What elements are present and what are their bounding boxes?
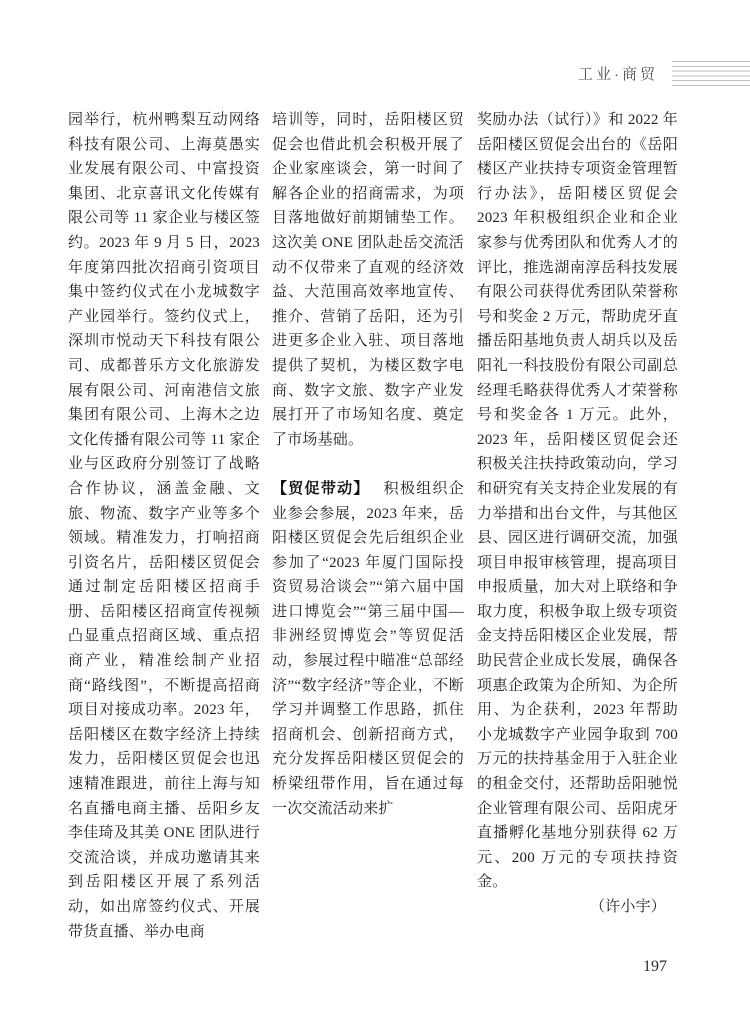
document-page: 工业·商贸 园举行，杭州鸭梨互动网络科技有限公司、上海莫愚实业发展有限公司、中富… bbox=[0, 0, 750, 1024]
text-column-3: 奖励办法（试行）》和 2022 年岳阳楼区贸促会出台的《岳阳楼区产业扶持专项资金… bbox=[477, 108, 678, 920]
running-head: 工业·商贸 bbox=[578, 61, 750, 86]
page-number: 197 bbox=[635, 958, 675, 976]
text-column-1: 园举行，杭州鸭梨互动网络科技有限公司、上海莫愚实业发展有限公司、中富投资集团、北… bbox=[68, 108, 260, 944]
entry-text: 积极组织企业参会参展，2023 年来，岳阳楼区贸促会先后组织企业参加了“2023… bbox=[272, 481, 464, 817]
section-title: 工业·商贸 bbox=[578, 63, 658, 84]
entry-paragraph: 【贸促带动】积极组织企业参会参展，2023 年来，岳阳楼区贸促会先后组织企业参加… bbox=[272, 477, 464, 821]
paragraph-continuation: 奖励办法（试行）》和 2022 年岳阳楼区贸促会出台的《岳阳楼区产业扶持专项资金… bbox=[477, 108, 678, 895]
paragraph-continuation: 培训等，同时，岳阳楼区贸促会也借此机会积极开展了企业家座谈会，第一时间了解各企业… bbox=[272, 108, 464, 452]
author-byline: （许小宇） bbox=[477, 895, 678, 920]
paragraph-continuation: 园举行，杭州鸭梨互动网络科技有限公司、上海莫愚实业发展有限公司、中富投资集团、北… bbox=[68, 108, 260, 944]
text-column-2: 培训等，同时，岳阳楼区贸促会也借此机会积极开展了企业家座谈会，第一时间了解各企业… bbox=[272, 108, 464, 821]
header-decoration-lines bbox=[672, 61, 750, 86]
entry-heading: 【贸促带动】 bbox=[272, 480, 370, 497]
